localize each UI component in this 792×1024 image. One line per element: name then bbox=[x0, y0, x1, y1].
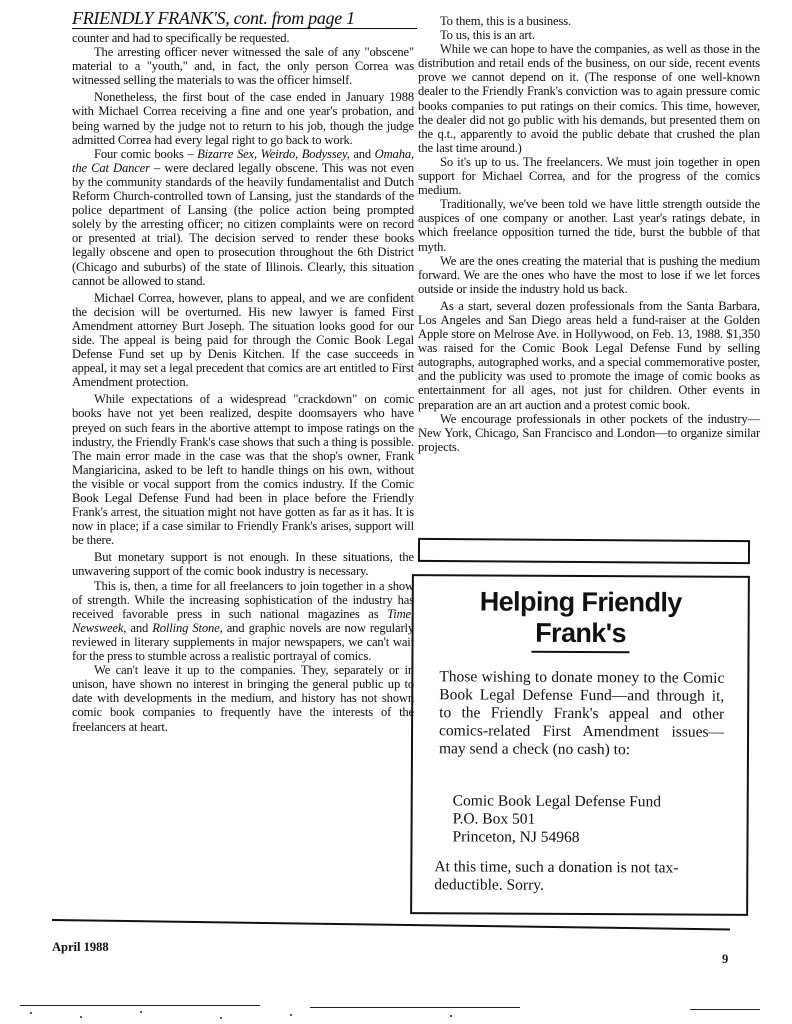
mailing-address: Comic Book Legal Defense Fund P.O. Box 5… bbox=[452, 792, 661, 847]
text-run: This is, then, a time for all freelancer… bbox=[72, 579, 414, 621]
paragraph: As a start, several dozen professionals … bbox=[418, 299, 760, 412]
page-header: FRIENDLY FRANK'S, cont. from page 1 bbox=[72, 8, 417, 29]
issue-date: April 1988 bbox=[52, 940, 109, 955]
scan-speck bbox=[80, 1016, 82, 1018]
paragraph: We can't leave it up to the companies. T… bbox=[72, 663, 414, 733]
scan-line bbox=[690, 1009, 760, 1010]
paragraph: The arresting officer never witnessed th… bbox=[72, 45, 414, 87]
text-run: – were declared legally obscene. This wa… bbox=[72, 161, 414, 288]
address-line: P.O. Box 501 bbox=[453, 810, 661, 829]
scan-speck bbox=[30, 1012, 32, 1014]
paragraph: To them, this is a business. bbox=[418, 14, 760, 28]
paragraph: While expectations of a widespread "crac… bbox=[72, 392, 414, 547]
paragraph: Traditionally, we've been told we have l… bbox=[418, 197, 760, 253]
paragraph: We are the ones creating the material th… bbox=[418, 254, 760, 296]
paragraph: We encourage professionals in other pock… bbox=[418, 412, 760, 454]
left-column: counter and had to specifically be reque… bbox=[72, 31, 414, 734]
text-run: and bbox=[126, 621, 152, 635]
paragraph: Nonetheless, the first bout of the case … bbox=[72, 90, 414, 146]
paragraph-magazines: This is, then, a time for all freelancer… bbox=[72, 579, 414, 664]
paragraph: To us, this is an art. bbox=[418, 28, 760, 42]
address-line: Princeton, NJ 54968 bbox=[452, 828, 660, 847]
donation-box-title: Helping Friendly Frank's bbox=[413, 586, 747, 654]
scan-speck bbox=[220, 1017, 222, 1019]
scan-speck bbox=[450, 1015, 452, 1017]
text-run: Four comic books – bbox=[94, 147, 197, 161]
right-column: To them, this is a business. To us, this… bbox=[418, 14, 760, 454]
scan-speck bbox=[140, 1011, 142, 1013]
page-number: 9 bbox=[722, 952, 728, 967]
paragraph: But monetary support is not enough. In t… bbox=[72, 550, 414, 578]
paragraph: So it's up to us. The freelancers. We mu… bbox=[418, 155, 760, 197]
paragraph: counter and had to specifically be reque… bbox=[72, 31, 414, 45]
italic-titles: Bizarre Sex, Weirdo, Bodyssey, bbox=[197, 147, 350, 161]
address-line: Comic Book Legal Defense Fund bbox=[453, 792, 661, 811]
paragraph: While we can hope to have the companies,… bbox=[418, 42, 760, 155]
paragraph: Michael Correa, however, plans to appeal… bbox=[72, 291, 414, 390]
title-line-2: Frank's bbox=[531, 618, 630, 654]
italic-magazine: Rolling Stone, bbox=[152, 621, 222, 635]
scan-artifact-strip bbox=[0, 990, 792, 1024]
scan-line bbox=[20, 1005, 260, 1006]
donation-instructions: Those wishing to donate money to the Com… bbox=[439, 668, 724, 759]
tax-note: At this time, such a donation is not tax… bbox=[434, 858, 724, 896]
donation-box: Helping Friendly Frank's Those wishing t… bbox=[410, 574, 750, 916]
scan-speck bbox=[290, 1014, 292, 1016]
footer-divider bbox=[52, 919, 730, 930]
header-title: FRIENDLY FRANK'S, cont. from page 1 bbox=[72, 8, 355, 28]
empty-rule-box bbox=[418, 538, 750, 564]
title-line-1: Helping Friendly bbox=[414, 586, 748, 619]
paragraph-comic-titles: Four comic books – Bizarre Sex, Weirdo, … bbox=[72, 147, 414, 288]
text-run: and bbox=[350, 147, 375, 161]
scan-line bbox=[310, 1007, 520, 1008]
